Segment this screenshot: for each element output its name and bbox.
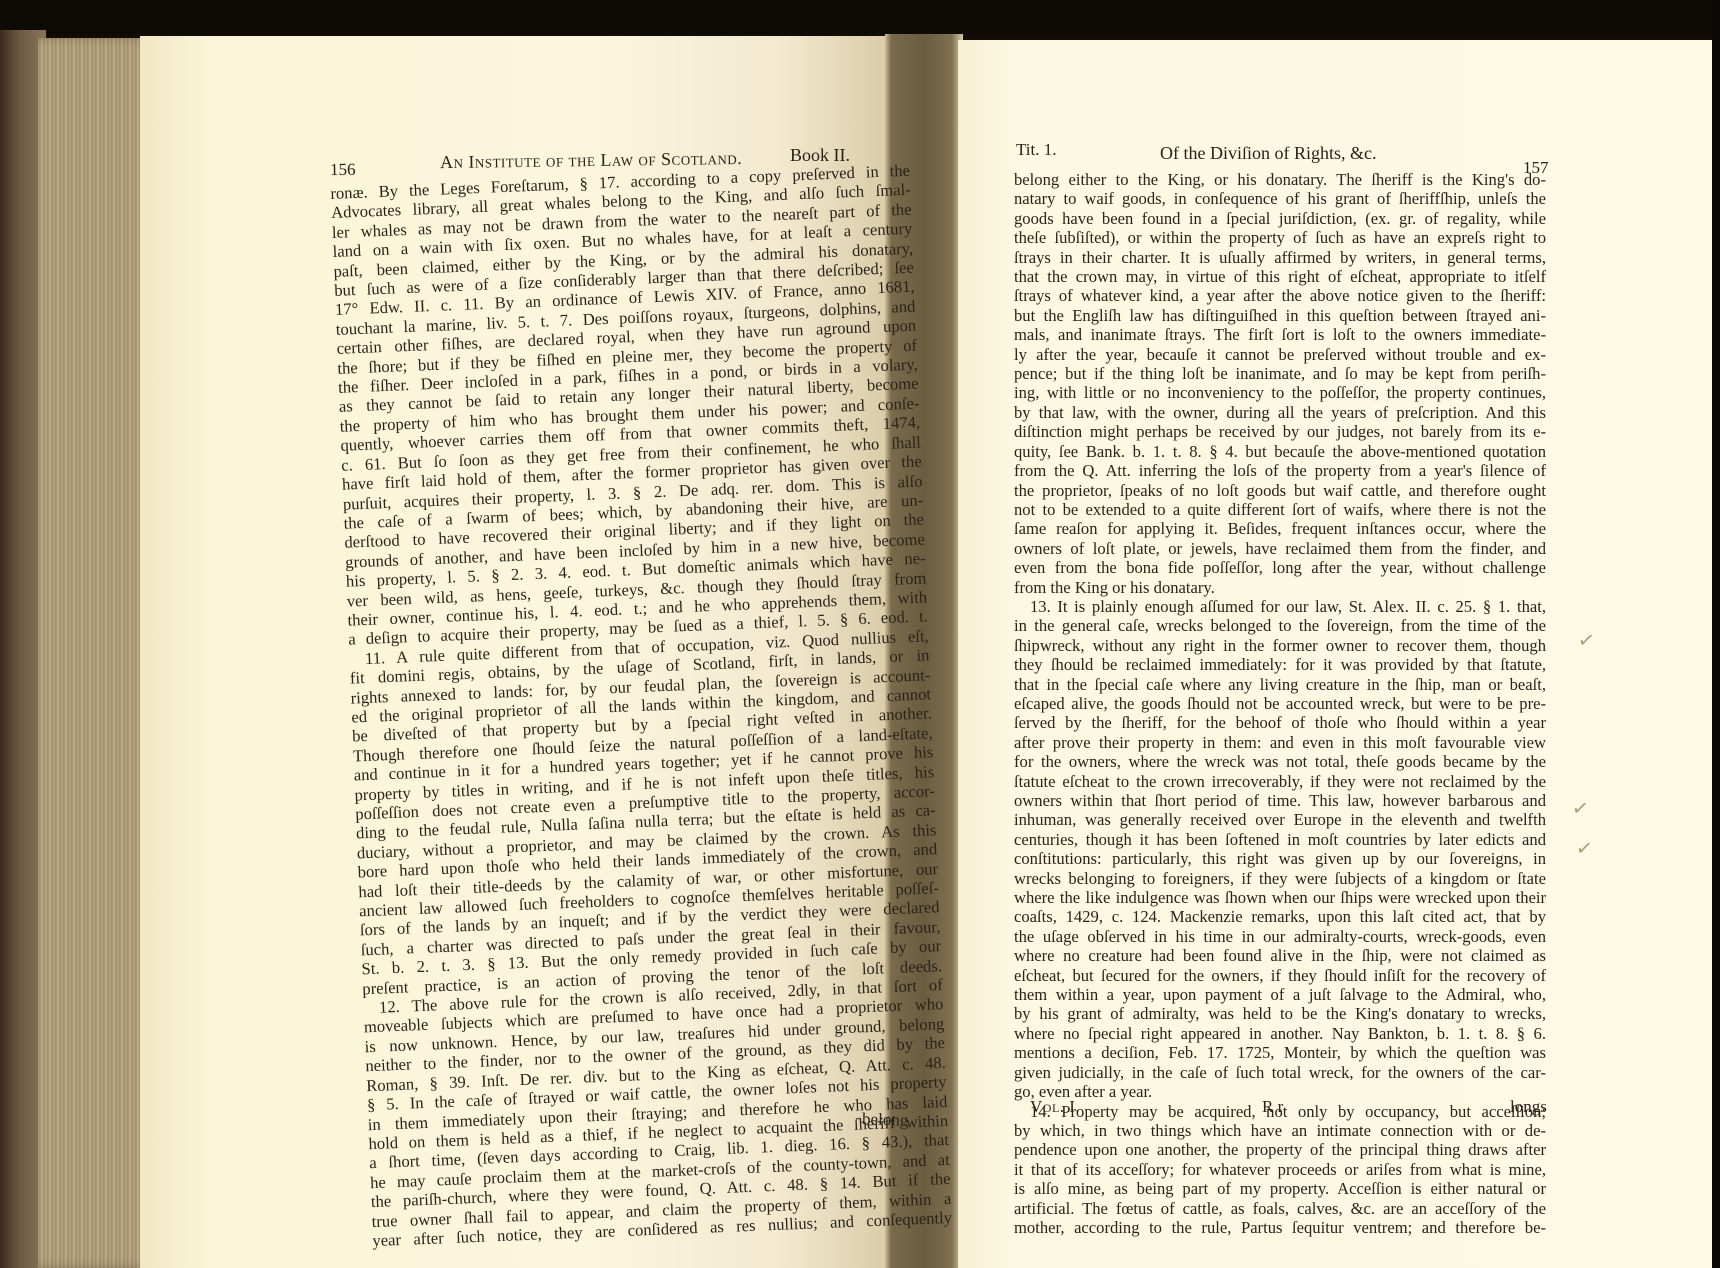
text-line: is alſo mine, as being part of my proper… xyxy=(1014,1179,1546,1198)
text-line: ſhipwreck, without any right in the form… xyxy=(1014,636,1546,655)
text-line: eſcheat, but ſecured for the owners, if … xyxy=(1014,966,1546,985)
text-line: ſerved by the ſheriff, for the behoof of… xyxy=(1014,713,1546,732)
signature-mark: R r xyxy=(1262,1097,1283,1117)
text-line: from the Q. Att. inferring the loſs of t… xyxy=(1014,461,1546,480)
text-line: by his grant of admiralty, was held to b… xyxy=(1014,1004,1546,1023)
text-line: where the like indulgence was ſhown when… xyxy=(1014,888,1546,907)
text-line: ſtatute eſcheat to the crown irrecoverab… xyxy=(1014,772,1546,791)
text-line: from the King or his donatary. xyxy=(1014,578,1546,597)
text-line: 13. It is plainly enough aſſumed for our… xyxy=(1014,597,1546,616)
volume-signature: Vol. I. xyxy=(1030,1097,1080,1117)
text-line: pence; but if the thing loſt be inanimat… xyxy=(1014,364,1546,383)
text-line: even from the bona fide poſſeſſor, long … xyxy=(1014,558,1546,577)
text-line: pendence upon one another, the property … xyxy=(1014,1140,1546,1159)
text-line: that in the ſpecial caſe where any livin… xyxy=(1014,675,1546,694)
text-line: ſtrays of whatever kind, a year after th… xyxy=(1014,286,1546,305)
right-running-head: Of the Diviſion of Rights, &c. xyxy=(1160,143,1376,164)
text-line: diſtinction might perhaps be received by… xyxy=(1014,422,1546,441)
text-line: it that of its acceſſory; for whatever p… xyxy=(1014,1160,1546,1179)
text-line: owners within that ſhort period of time.… xyxy=(1014,791,1546,810)
text-line: they ſhould be reclaimed immediately: fo… xyxy=(1014,655,1546,674)
text-line: eſcaped alive, the goods ſhould not be a… xyxy=(1014,694,1546,713)
text-line: natary to waif goods, in conſequence of … xyxy=(1014,189,1546,208)
text-line: where no creature had been found alive i… xyxy=(1014,946,1546,965)
text-line: in the general caſe, wrecks belonged to … xyxy=(1014,616,1546,635)
text-line: the proprietor, ſpeaks of no loſt goods … xyxy=(1014,481,1546,500)
text-line: given judicially, in the caſe of ſuch to… xyxy=(1014,1063,1546,1082)
text-line: ly after the year, becauſe it cannot be … xyxy=(1014,345,1546,364)
text-line: them within a year, upon payment of a ju… xyxy=(1014,985,1546,1004)
title-label: Tit. 1. xyxy=(1016,140,1056,160)
text-line: mals, and inanimate ſtrays. The firſt ſo… xyxy=(1014,325,1546,344)
text-line: not to be extended to a quite different … xyxy=(1014,500,1546,519)
text-line: coaſts, 1429, c. 124. Mackenzie remarks,… xyxy=(1014,907,1546,926)
margin-checkmark-icon: ✓ xyxy=(1576,627,1596,654)
text-line: conſtitutions: particularly, this right … xyxy=(1014,849,1546,868)
text-line: centuries, though it has been ſoftened i… xyxy=(1014,830,1546,849)
text-line: inhuman, was generally received over Eur… xyxy=(1014,810,1546,829)
text-line: the uſage obſerved in his time in our ad… xyxy=(1014,927,1546,946)
text-line: by which, in two things which have an in… xyxy=(1014,1121,1546,1140)
text-line: theſe ſubſiſted), or within the property… xyxy=(1014,228,1546,247)
text-line: where no ſpecial right appeared in anoth… xyxy=(1014,1024,1546,1043)
left-catchword: belong xyxy=(862,1109,909,1131)
text-line: that the crown may, in virtue of this ri… xyxy=(1014,267,1546,286)
text-line: but the Engliſh law has diſtinguiſhed in… xyxy=(1014,306,1546,325)
top-background xyxy=(0,0,1720,34)
left-page-number: 156 xyxy=(330,160,356,180)
text-line: ſame reaſon for applying it. Beſides, fr… xyxy=(1014,519,1546,538)
text-line: wrecks belonging to foreigners, if they … xyxy=(1014,869,1546,888)
text-line: quity, ſee Bank. b. 1. t. 8. § 4. but be… xyxy=(1014,442,1546,461)
text-line: mentions a deciſion, Feb. 17. 1725, Mont… xyxy=(1014,1043,1546,1062)
text-line: for the owners, where the wreck was not … xyxy=(1014,752,1546,771)
text-line: belong either to the King, or his donata… xyxy=(1014,170,1546,189)
text-line: owners of loſt plate, or jewels, have re… xyxy=(1014,539,1546,558)
text-line: goods have been found in a ſpecial juriſ… xyxy=(1014,209,1546,228)
margin-checkmark-icon: ✓ xyxy=(1570,795,1590,822)
text-line: by that law, with the owner, during all … xyxy=(1014,403,1546,422)
margin-checkmark-icon: ✓ xyxy=(1574,835,1594,862)
right-catchword: longs xyxy=(1510,1097,1547,1117)
right-background xyxy=(1712,0,1720,1268)
text-line: artificial. The fœtus of cattle, as foal… xyxy=(1014,1199,1546,1218)
text-line: ſtrays in their charter. It is uſually a… xyxy=(1014,248,1546,267)
text-line: ing, with little or no inconveniency to … xyxy=(1014,383,1546,402)
text-line: mother, according to the rule, Partus ſe… xyxy=(1014,1218,1546,1237)
left-page-body: ronæ. By the Leges Foreſtarum, § 17. acc… xyxy=(330,161,952,1251)
right-page-body: belong either to the King, or his donata… xyxy=(1014,170,1546,1237)
text-line: after prove their property in them: and … xyxy=(1014,733,1546,752)
